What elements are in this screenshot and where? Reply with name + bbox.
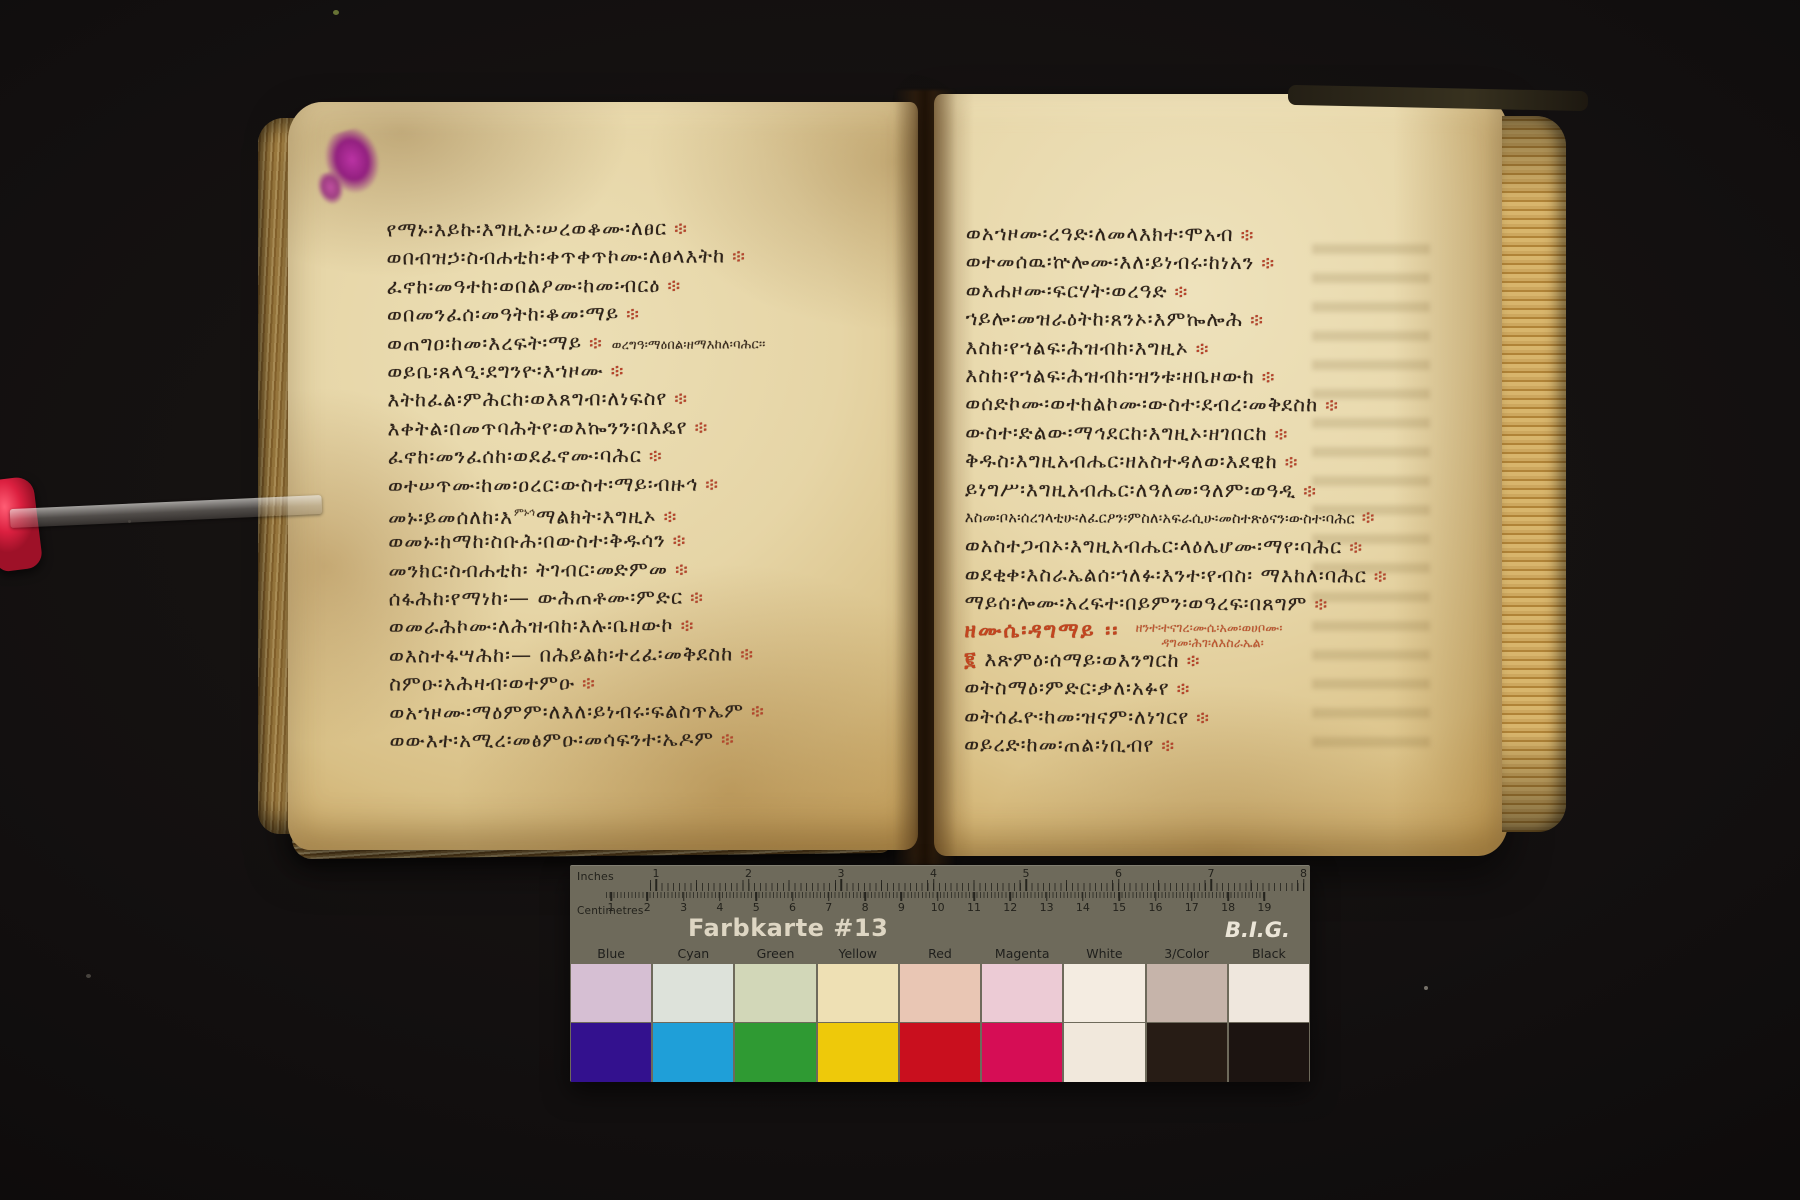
text-line: ይነግሥ፡እግዚአብሔር፡ለዓለመ፡ዓለም፡ወዓዲ፨ (965, 475, 1475, 505)
cm-tick (1082, 892, 1084, 901)
text-line: ሰፋሕከ፡የማነከ፡— ውሕጠቶሙ፡ምድር፨ (389, 582, 894, 613)
text-line: ወተመሰዉ፡ኵሎሙ፡እለ፡ይነብሩ፡ከነአን፨ (966, 248, 1476, 278)
text-line: ኀይሎ፡መዝራዕትከ፡ጸንኦ፡እምኰሎሕ፨ (966, 304, 1476, 334)
section-mark: ፨ (675, 559, 688, 580)
swatch-labels-row: BlueCyanGreenYellowRedMagentaWhite3/Colo… (570, 946, 1310, 964)
section-mark: ፨ (681, 616, 694, 637)
inch-ruler: Inches 12345678 (570, 866, 1310, 892)
section-mark: ፨ (1262, 367, 1275, 388)
swatch-column (900, 964, 980, 1082)
section-mark: ፨ (589, 333, 602, 354)
text-line: ወአሐዞሙ፡ፍርሃት፡ወረዓድ፨ (966, 276, 1476, 306)
section-mark: ፨ (626, 304, 639, 325)
swatch-column (571, 964, 651, 1082)
text-line: ወበብዝኃ፡ስብሐቲከ፡ቀጥቀጥኮሙ፡ለፀላእትከ፨ (387, 241, 892, 272)
swatch-solid (982, 1023, 1062, 1082)
dust-speck (333, 10, 339, 15)
section-mark: ፨ (740, 644, 753, 665)
swatch-column (735, 964, 815, 1082)
cm-tick (864, 892, 866, 901)
cm-number: 15 (1112, 901, 1126, 914)
text-line: እስከ፡የኀልፍ፡ሕዝብከ፡ዝንቱ፡ዘቤዞውከ፨ (965, 361, 1475, 391)
text-line: ወመኑ፡ከማከ፡ስቡሕ፡በውስተ፡ቅዱሳን፨ (388, 525, 893, 556)
canticle-number: ፪ (964, 647, 976, 671)
swatch-column (653, 964, 733, 1082)
section-mark: ፨ (1161, 736, 1174, 757)
text-line: ወአስተጋብኦ፡እግዚአብሔር፡ላዕሌሆሙ፡ማየ፡ባሕር፨ (965, 531, 1475, 561)
text-line: ወትሰፈዮ፡ከመ፡ዝናም፡ለነገርየ፨ (964, 702, 1474, 732)
text-line: መኑ፡ይመሰለከ፡እምኑኅማልክት፡እግዚኦ፨ (388, 496, 893, 527)
swatch-label: Yellow (817, 946, 899, 964)
cm-tick (1046, 892, 1048, 901)
swatch-solid (1147, 1023, 1227, 1082)
swatch-tint (571, 964, 651, 1022)
section-mark: ፨ (1349, 538, 1362, 559)
swatch-solid (653, 1023, 733, 1082)
swatch-tint (1064, 964, 1144, 1022)
cm-number: 10 (931, 901, 945, 914)
text-line: ወበመንፈሰ፡መዓትከ፡ቆመ፡ማይ፨ (387, 298, 892, 329)
cm-number: 14 (1076, 901, 1090, 914)
section-mark: ፨ (732, 247, 745, 268)
text-line: ፈኖከ፡መንፈሰከ፡ወደፈኖሙ፡ባሕር፨ (388, 440, 893, 471)
text-line: ውስተ፡ድልው፡ማኅደርከ፡እግዚኦ፡ዘገበርከ፨ (965, 418, 1475, 448)
color-calibration-card: Inches 12345678 Centimetres 123456789101… (570, 865, 1310, 1082)
section-mark: ፨ (674, 389, 687, 410)
cm-number: 5 (753, 901, 760, 914)
section-mark: ፨ (1196, 708, 1209, 729)
cm-tick (755, 892, 757, 901)
swatch-column (1229, 964, 1309, 1082)
section-mark: ፨ (1374, 566, 1387, 587)
inch-tick (840, 879, 842, 891)
text-line: ወአኀዞሙ፡ረዓድ፡ለመላእክተ፡ሞአብ፨ (966, 219, 1476, 249)
cm-number: 19 (1257, 901, 1271, 914)
swatch-label: White (1063, 946, 1145, 964)
text-line: የማኑ፡እይኩ፡እግዚኦ፡ሠረወቆሙ፡ለፀር፨ (386, 212, 891, 243)
swatch-solid (735, 1023, 815, 1082)
left-page-text: የማኑ፡እይኩ፡እግዚኦ፡ሠረወቆሙ፡ለፀር፨ወበብዝኃ፡ስብሐቲከ፡ቀጥቀጥኮ… (386, 212, 894, 763)
swatch-label: 3/Color (1146, 946, 1228, 964)
cm-number: 18 (1221, 901, 1235, 914)
section-mark: ፨ (1175, 282, 1188, 303)
swatch-solid (900, 1023, 980, 1082)
swatch-label: Green (734, 946, 816, 964)
text-line: ወአኀዞሙ፡ማዕምም፡ለእለ፡ይነብሩ፡ፍልስጥኤም፨ (389, 695, 894, 726)
swatch-tint (818, 964, 898, 1022)
cm-number: 17 (1185, 901, 1199, 914)
section-mark: ፨ (1261, 254, 1274, 275)
swatch-tint (1229, 964, 1309, 1022)
rubric-note: ዘንተ፡ተናገረ፡ሙሴ፡አመ፡ወሀቦሙ፡ዳግመ፡ሕገ፡ለእስራኤል፡ (1136, 620, 1283, 651)
cm-tick (973, 892, 975, 901)
text-line: ወትስማዕ፡ምድር፡ቃለ፡አፉየ፨ (964, 673, 1474, 703)
section-mark: ፨ (667, 276, 680, 297)
text-line: እስመ፡ቦአ፡ሰረገላቲሁ፡ለፈርዖን፡ምስለ፡አፍራሲሁ፡መስተጽዕናን፡ውስ… (965, 503, 1475, 533)
swatch-tint (1147, 964, 1227, 1022)
text-line: እቀትል፡በመጥባሕትየ፡ወእኰንን፡በእዴየ፨ (388, 411, 893, 442)
cm-tick (610, 892, 612, 901)
swatch-grid (570, 964, 1310, 1082)
section-mark: ፨ (664, 507, 677, 528)
fore-edge-pages (1502, 116, 1566, 832)
swatch-tint (653, 964, 733, 1022)
text-line: ወይረድ፡ከመ፡ጠል፡ነቢብየ፨ (964, 730, 1474, 760)
swatch-solid (1064, 1023, 1144, 1082)
dust-speck (128, 520, 131, 523)
section-mark: ፨ (649, 446, 662, 467)
section-mark: ፨ (705, 474, 718, 495)
right-page-text: ወአኀዞሙ፡ረዓድ፡ለመላእክተ፡ሞአብ፨ወተመሰዉ፡ኵሎሙ፡እለ፡ይነብሩ፡ከ… (964, 219, 1476, 781)
swatch-column (818, 964, 898, 1082)
photo-scene: የማኑ፡እይኩ፡እግዚኦ፡ሠረወቆሙ፡ለፀር፨ወበብዝኃ፡ስብሐቲከ፡ቀጥቀጥኮ… (0, 0, 1800, 1200)
section-mark: ፨ (1250, 310, 1263, 331)
swatch-solid (1229, 1023, 1309, 1082)
text-line: ወውእተ፡አሚረ፡መፅምዑ፡መሳፍንተ፡ኤዶም፨ (389, 723, 894, 754)
cm-number: 3 (680, 901, 687, 914)
inch-tick (933, 879, 935, 891)
cm-number: 12 (1003, 901, 1017, 914)
section-mark: ፨ (1325, 396, 1338, 417)
swatch-label: Magenta (981, 946, 1063, 964)
section-mark: ፨ (1241, 225, 1254, 246)
section-mark: ፨ (674, 219, 687, 240)
cm-number: 13 (1040, 901, 1054, 914)
section-mark: ፨ (673, 531, 686, 552)
cm-number: 4 (716, 901, 723, 914)
cm-number: 2 (644, 901, 651, 914)
section-mark: ፨ (721, 729, 734, 750)
section-mark: ፨ (1177, 679, 1190, 700)
swatch-label: Red (899, 946, 981, 964)
section-mark: ፨ (1285, 452, 1298, 473)
cm-tick (937, 892, 939, 901)
cm-tick (828, 892, 830, 901)
cm-tick (1155, 892, 1157, 901)
inch-tick (1025, 879, 1027, 891)
cm-tick (1010, 892, 1012, 901)
cm-tick (719, 892, 721, 901)
swatch-solid (818, 1023, 898, 1082)
cm-tick (1227, 892, 1229, 901)
swatch-label: Blue (570, 946, 652, 964)
text-line: ማይሰ፡ሎሙ፡አረፍተ፡በይምን፡ወዓረፍ፡በጸግም፨ (965, 588, 1475, 618)
text-line: ወጠግዐ፡ከመ፡እረፍት፡ማይ፨ወረግዓ፡ማዕበል፡ዘማእከለ፡ባሕር፡፡ (387, 326, 892, 357)
dust-speck (1424, 986, 1428, 990)
text-line: እትከፈል፡ምሕርከ፡ወእጸግብ፡ለነፍስየ፨ (387, 383, 892, 414)
swatch-column (982, 964, 1062, 1082)
swatch-column (1064, 964, 1144, 1082)
text-line: ፈኖከ፡መዓተከ፡ወበልዖሙ፡ከመ፡ብርዕ፨ (387, 269, 892, 300)
inch-tick (655, 879, 657, 891)
interlinear-gloss: ምኑኅ (514, 507, 535, 519)
swatch-solid (571, 1023, 651, 1082)
section-mark: ፨ (611, 361, 624, 382)
book-gutter (894, 90, 956, 865)
section-mark: ፨ (751, 701, 764, 722)
text-line: እስከ፡የኀልፍ፡ሕዝብከ፡እግዚኦ፨ (965, 333, 1475, 363)
text-line: መንክር፡ስብሐቲከ፡ ትገብር፡መድምመ፨ (388, 553, 893, 584)
cm-number: 7 (825, 901, 832, 914)
inch-tick (748, 879, 750, 891)
cm-tick (1118, 892, 1120, 901)
section-mark: ፨ (1314, 594, 1327, 615)
section-mark: ፨ (1187, 651, 1200, 672)
section-mark: ፨ (1362, 507, 1375, 528)
cm-number: 6 (789, 901, 796, 914)
section-mark: ፨ (1275, 424, 1288, 445)
text-line: ወይቤ፡ጸላዒ፡ደግንዮ፡እኀዞሙ፨ (387, 354, 892, 385)
dust-speck (86, 974, 91, 978)
inches-label: Inches (577, 870, 614, 883)
card-title: Farbkarte #13 (688, 914, 888, 942)
cm-tick (792, 892, 794, 901)
cm-number: 11 (967, 901, 981, 914)
section-mark: ፨ (695, 417, 708, 438)
text-line: ስምዑ፡አሕዛብ፡ወተምዑ፨ (389, 667, 894, 698)
cm-number: 9 (898, 901, 905, 914)
text-line: ወመራሕኮሙ፡ለሕዝብከ፡እሉ፡ቤዘውኮ፨ (389, 610, 894, 641)
section-mark: ፨ (1196, 338, 1209, 359)
swatch-tint (900, 964, 980, 1022)
cm-tick (683, 892, 685, 901)
text-line: ወደቂቀ፡እስራኤልሰ፡ኀለፉ፡እንተ፡የብስ፡ ማእከለ፡ባሕር፨ (965, 560, 1475, 590)
card-brand: B.I.G. (1225, 918, 1290, 942)
swatch-tint (982, 964, 1062, 1022)
cm-ruler: Centimetres 1234567891011121314151617181… (570, 892, 1310, 918)
text-line: ወሰድኮሙ፡ወተከልኮሙ፡ውስተ፡ደብረ፡መቅደስከ፨ (965, 389, 1475, 419)
cm-tick (901, 892, 903, 901)
text-line: ወእስተፋሣሕከ፡— በሕይልከ፡ተረፈ፡መቅደስከ፨ (389, 638, 894, 669)
swatch-label: Black (1228, 946, 1310, 964)
section-mark: ፨ (690, 588, 703, 609)
swatch-tint (735, 964, 815, 1022)
inch-tick (1118, 879, 1120, 891)
cm-tick (1264, 892, 1266, 901)
text-line: ወተሠጥሙ፡ከመ፡ዐረር፡ውስተ፡ማይ፡ብዙኅ፨ (388, 468, 893, 499)
cm-number: 8 (862, 901, 869, 914)
cm-number: 16 (1149, 901, 1163, 914)
swatch-label: Cyan (652, 946, 734, 964)
cm-tick (647, 892, 649, 901)
marginal-addition: ወረግዓ፡ማዕበል፡ዘማእከለ፡ባሕር፡፡ (612, 337, 766, 353)
text-line: ቅዱስ፡እግዚአብሔር፡ዘአስተዳለወ፡እደዊከ፨ (965, 446, 1475, 476)
text-line: ዘሙሴ፡ዳግማይ ፡፡ዘንተ፡ተናገረ፡ሙሴ፡አመ፡ወሀቦሙ፡ዳግመ፡ሕገ፡ለእ… (964, 617, 1474, 647)
inch-tick (1303, 879, 1305, 891)
swatch-column (1147, 964, 1227, 1082)
inch-tick (1210, 879, 1212, 891)
cm-tick (1191, 892, 1193, 901)
section-mark: ፨ (1303, 481, 1316, 502)
section-mark: ፨ (582, 674, 595, 695)
cm-number: 1 (608, 901, 615, 914)
manuscript-book: የማኑ፡እይኩ፡እግዚኦ፡ሠረወቆሙ፡ለፀር፨ወበብዝኃ፡ስብሐቲከ፡ቀጥቀጥኮ… (258, 90, 1566, 872)
